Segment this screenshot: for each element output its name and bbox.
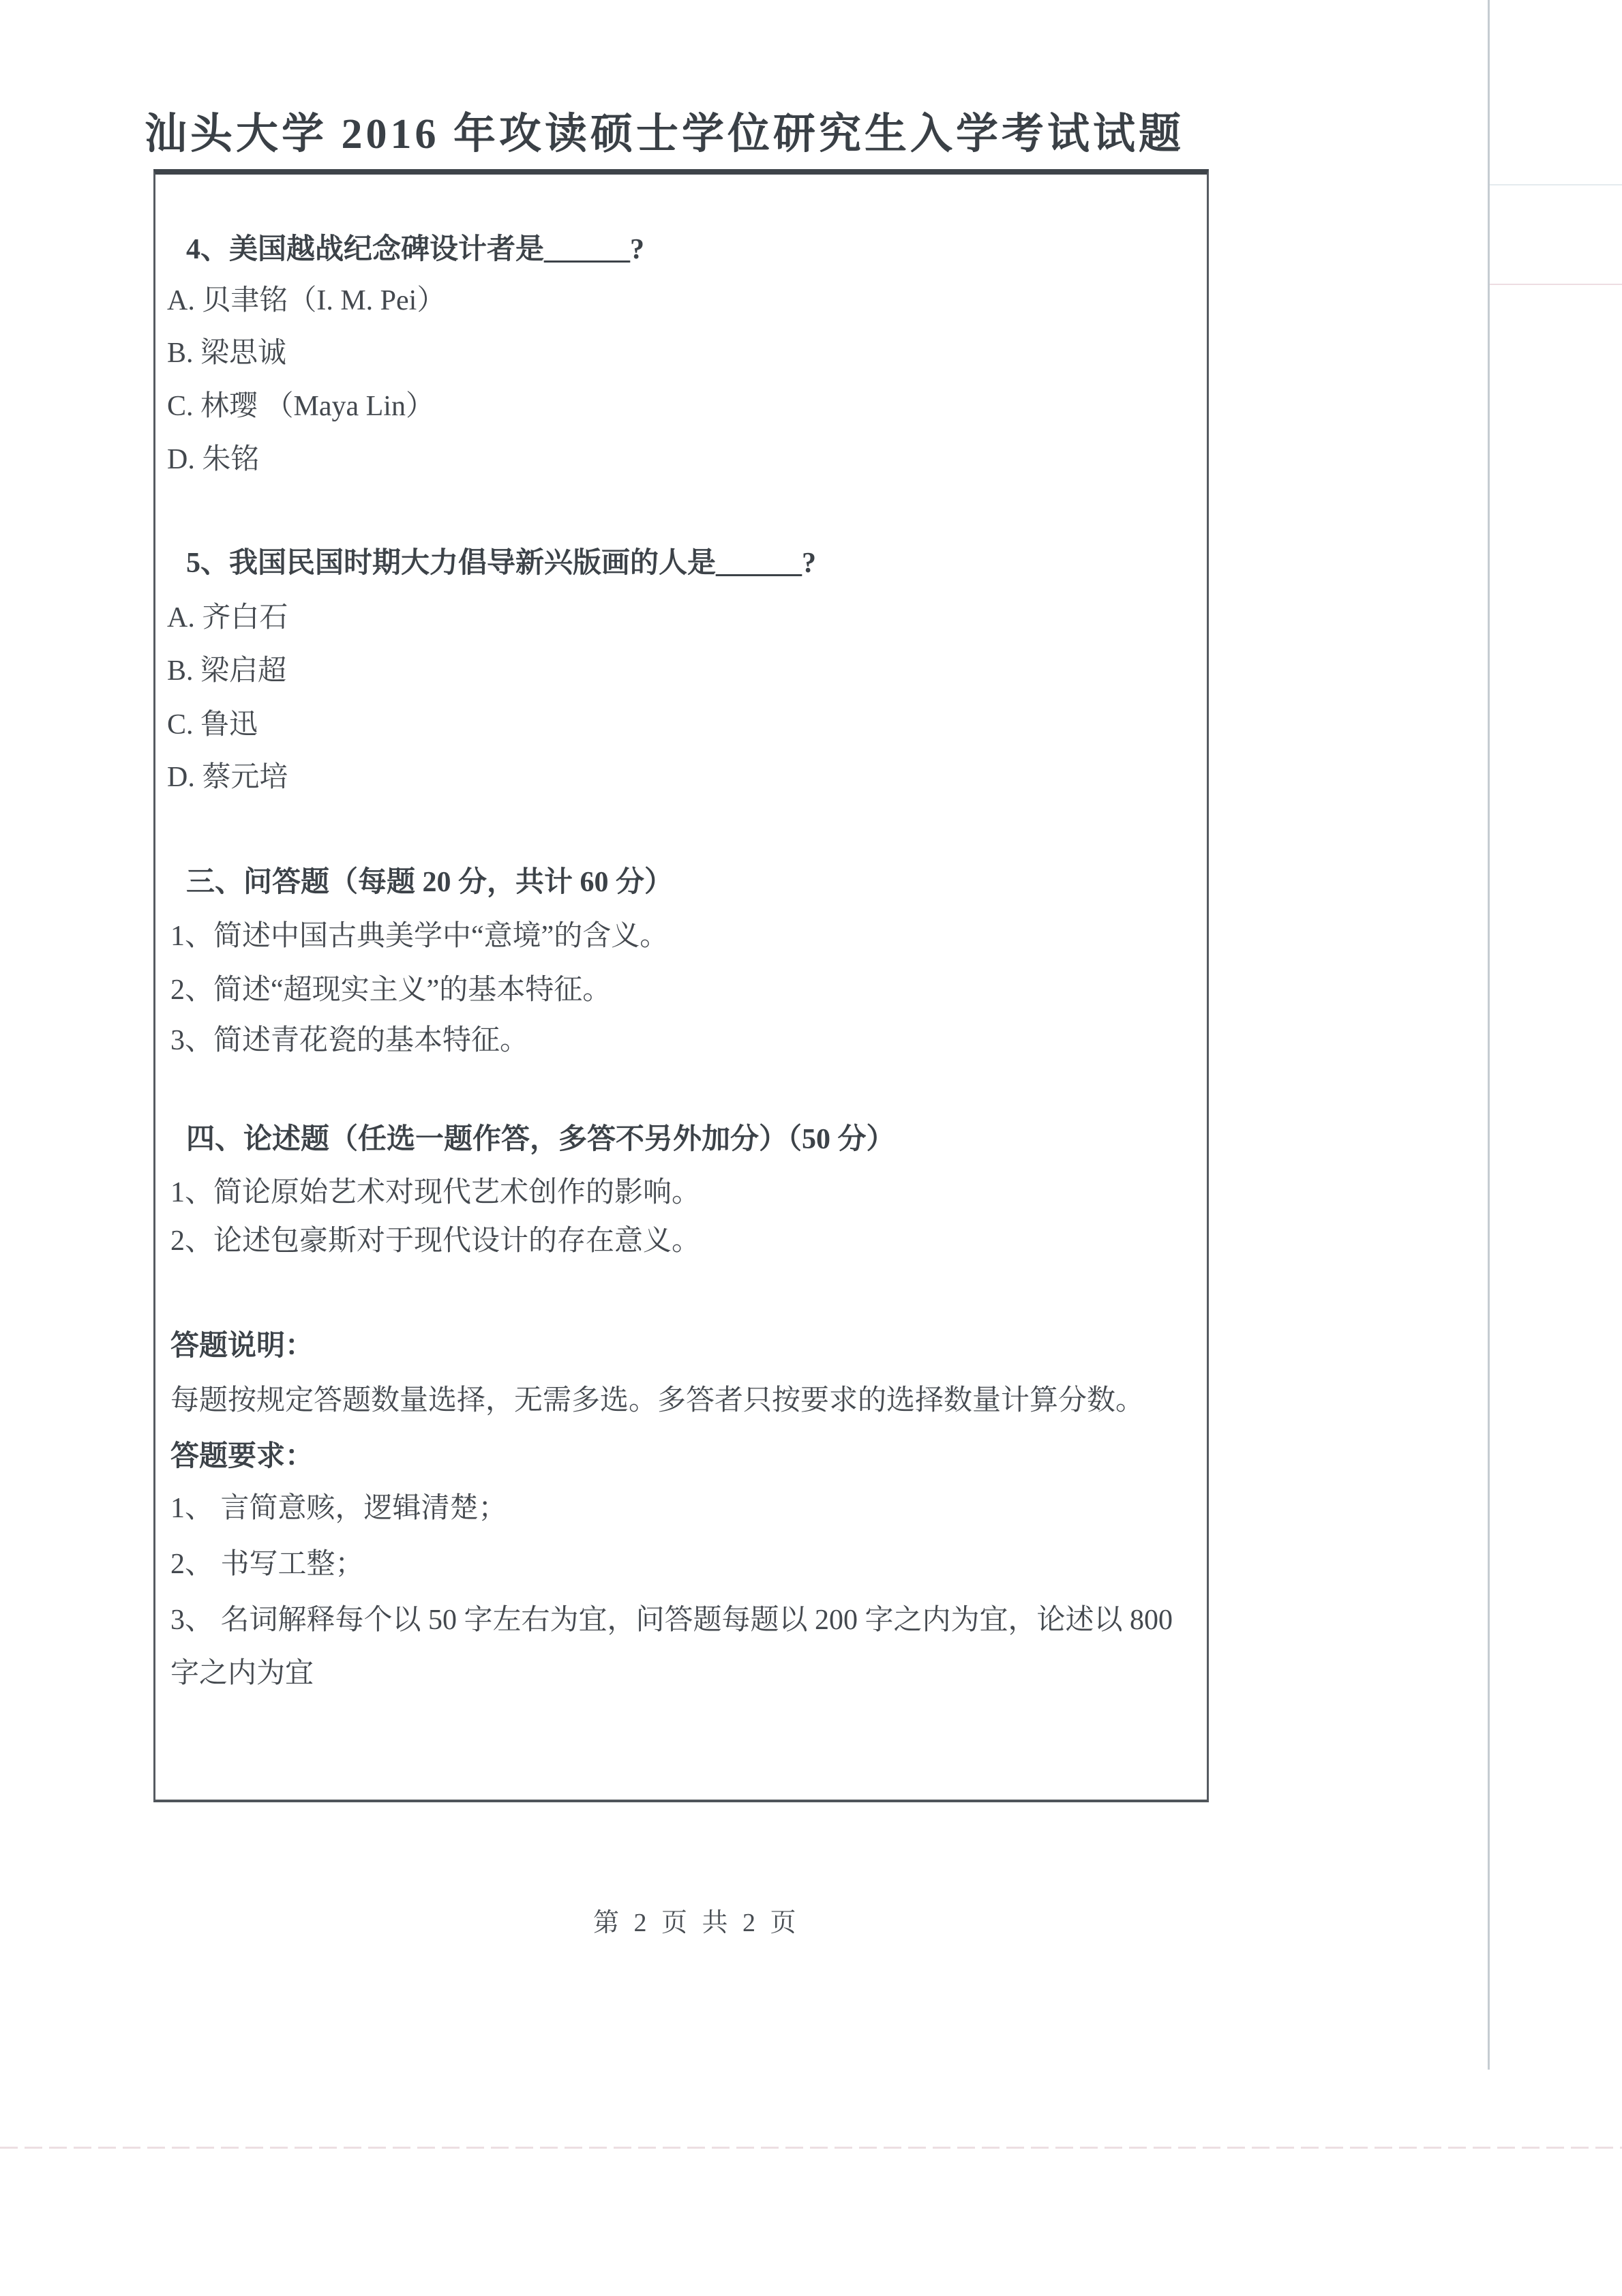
answer-notes-body: 每题按规定答题数量选择，无需多选。多答者只按要求的选择数量计算分数。 xyxy=(170,1383,1144,1419)
question-5-option-c: C. 鲁迅 xyxy=(167,707,258,743)
exam-paper-page: 汕头大学 2016 年攻读硕士学位研究生入学考试试题 4、美国越战纪念碑设计者是… xyxy=(0,0,1622,2296)
question-4-option-a: A. 贝聿铭（I. M. Pei） xyxy=(167,283,445,319)
page-title: 汕头大学 2016 年攻读硕士学位研究生入学考试试题 xyxy=(145,100,1235,160)
short-answer-item-1: 1、简述中国古典美学中“意境”的含义。 xyxy=(170,919,668,955)
short-answer-item-3: 3、简述青花瓷的基本特征。 xyxy=(170,1023,528,1059)
short-answer-section-header: 三、问答题（每题 20 分，共计 60 分） xyxy=(186,865,673,901)
question-4-option-b: B. 梁思诚 xyxy=(167,336,286,372)
answer-requirement-2: 2、 书写工整； xyxy=(170,1547,364,1583)
page-number-indicator: 第 2 页 共 2 页 xyxy=(593,1901,800,1939)
question-4-option-d: D. 朱铭 xyxy=(167,442,259,478)
essay-section-header: 四、论述题（任选一题作答，多答不另外加分）（50 分） xyxy=(186,1122,895,1158)
answer-requirement-1: 1、 言简意赅，逻辑清楚； xyxy=(170,1491,507,1527)
answer-notes-header: 答题说明： xyxy=(170,1328,314,1365)
question-4-stem: 4、美国越战纪念碑设计者是______? xyxy=(186,232,644,268)
question-4-option-c: C. 林璎 （Maya Lin） xyxy=(167,389,434,425)
answer-requirements-header: 答题要求： xyxy=(170,1439,314,1475)
scan-artifact-line-top-right-1 xyxy=(1490,184,1622,185)
essay-item-2: 2、论述包豪斯对于现代设计的存在意义。 xyxy=(170,1223,700,1259)
question-5-option-a: A. 齐白石 xyxy=(167,600,288,636)
question-5-option-d: D. 蔡元培 xyxy=(167,760,288,796)
essay-item-1: 1、简论原始艺术对现代艺术创作的影响。 xyxy=(170,1175,700,1211)
question-5-stem: 5、我国民国时期大力倡导新兴版画的人是______? xyxy=(186,546,816,582)
scan-artifact-line-bottom xyxy=(0,2147,1622,2149)
question-5-option-b: B. 梁启超 xyxy=(167,653,286,689)
answer-requirement-3: 3、 名词解释每个以 50 字左右为宜，问答题每题以 200 字之内为宜，论述以… xyxy=(170,1594,1186,1700)
short-answer-item-2: 2、简述“超现实主义”的基本特征。 xyxy=(170,972,611,1009)
scan-edge-vertical-line xyxy=(1488,0,1490,2070)
scan-artifact-line-top-right-2 xyxy=(1490,284,1622,285)
